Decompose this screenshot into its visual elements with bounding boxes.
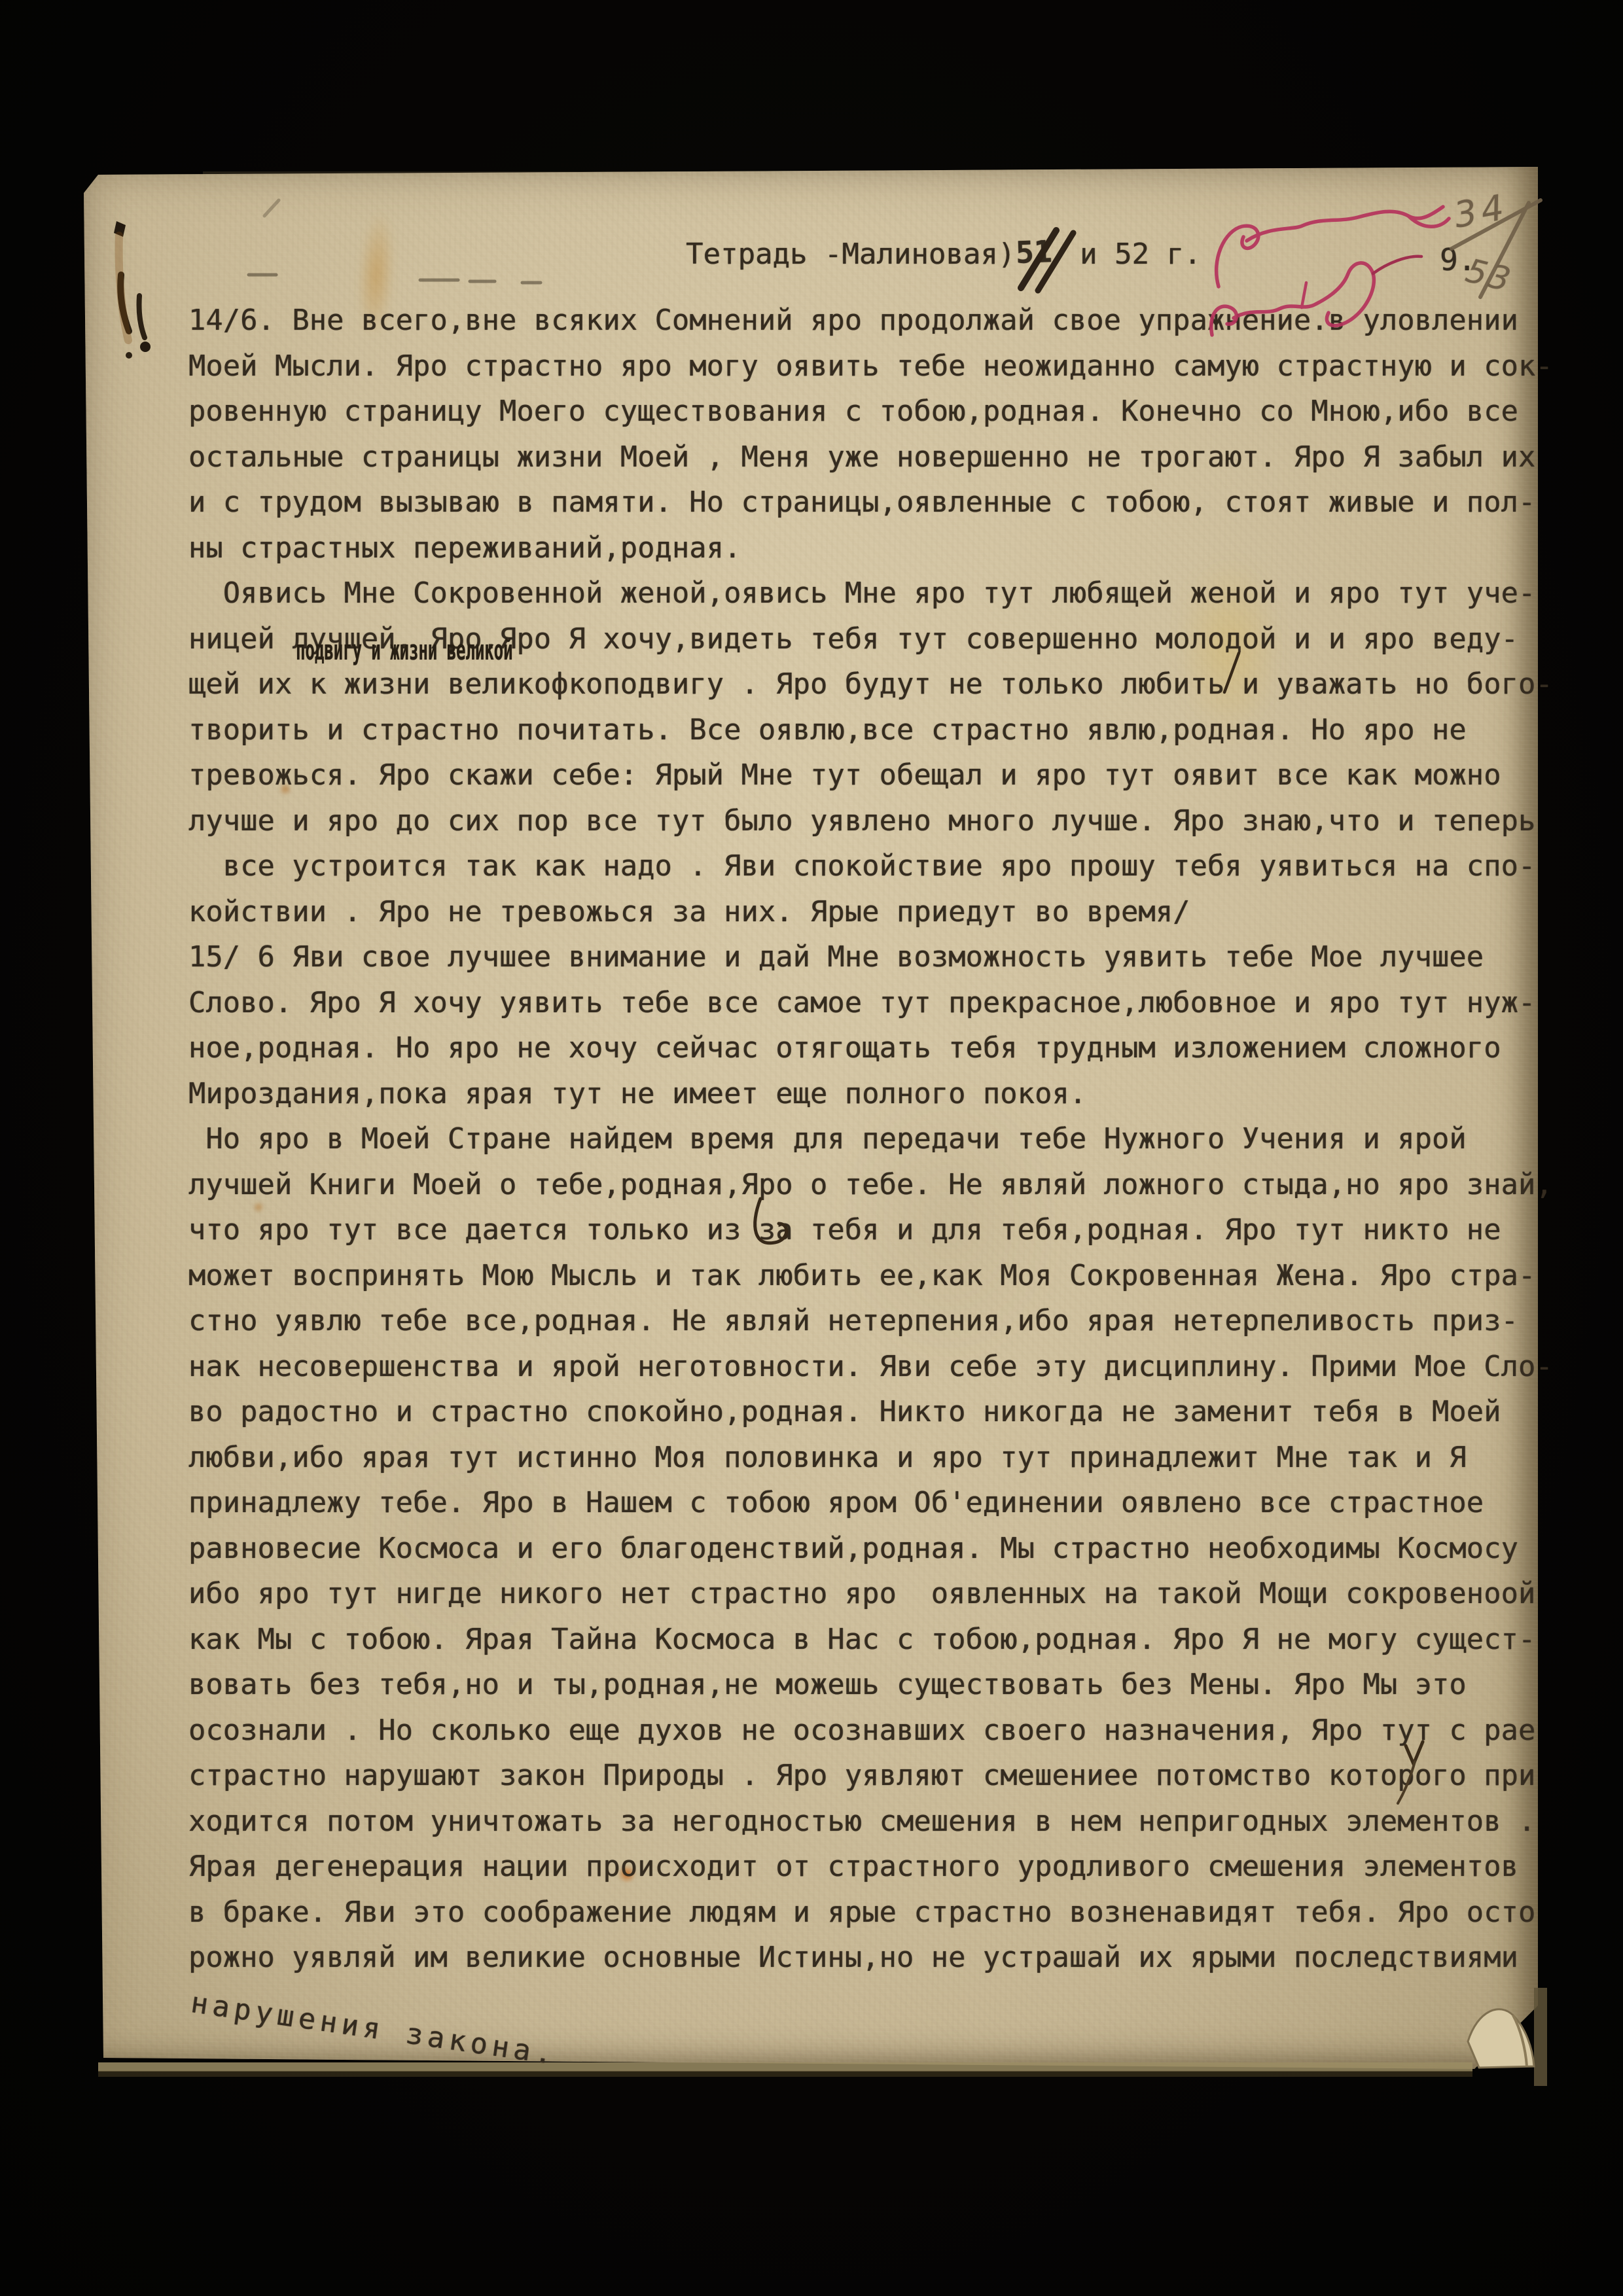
typed-line-28: равновесие Космоса и его благоденствий,р… (188, 1535, 1518, 1564)
typed-line-6: ны страстных переживаний,родная. (188, 535, 741, 563)
notebook-title: Тетрадь -Малиновая) (686, 240, 1015, 269)
typed-line-31: вовать без тебя,но и ты,родная,не можешь… (188, 1671, 1467, 1700)
typed-line-27: принадлежу тебе. Яро в Нашем с тобою яро… (188, 1489, 1484, 1518)
year-label: и 52 г. (1080, 240, 1201, 269)
typed-line-24: нак несовершенства и ярой неготовности. … (188, 1353, 1553, 1382)
pencil-crossed-number: 34 (1452, 189, 1511, 234)
typed-line-13: все устроится так как надо . Яви спокойс… (188, 853, 1535, 881)
typed-line-37: рожно уявляй им великие основные Истины,… (188, 1944, 1518, 1973)
typed-line-29: ибо яро тут нигде никого нет страстно яр… (188, 1580, 1535, 1609)
typed-line-21: что яро тут все дается только из за тебя… (188, 1216, 1501, 1245)
typed-line-14: койствии . Яро не тревожься за них. Ярые… (188, 898, 1190, 927)
typed-line-33: страстно нарушают закон Природы . Яро уя… (188, 1762, 1535, 1791)
struck-number: 51 (1015, 236, 1052, 268)
typed-line-11: тревожься. Яро скажи себе: Ярый Мне тут … (188, 762, 1501, 790)
scan-background: Тетрадь -Малиновая) 51 и 52 г. 9. 34 53 … (0, 0, 1623, 2296)
typed-line-26: любви,ибо ярая тут истинно Моя половинка… (188, 1444, 1467, 1473)
typed-line-18: Мироздания,пока ярая тут не имеет еще по… (188, 1080, 1086, 1109)
typed-line-20: лучшей Книги Моей о тебе,родная,Яро о те… (188, 1171, 1553, 1200)
interline-insertion: подвигу и жизни великой (296, 637, 513, 664)
typed-line-10: творить и страстно почитать. Все оявлю,в… (188, 716, 1467, 745)
typed-line-23: стно уявлю тебе все,родная. Не являй нет… (188, 1307, 1518, 1336)
typed-line-9: щей их к жизни великофкоподвигу . Яро бу… (188, 671, 1553, 699)
typed-line-35: Ярая дегенерация нации происходит от стр… (188, 1853, 1518, 1882)
typed-line-4: остальные страницы жизни Моей , Меня уже… (188, 444, 1535, 472)
typed-line-15: 15/ 6 Яви свое лучшее внимание и дай Мне… (188, 944, 1484, 972)
typed-line-17: ное,родная. Но яро не хочу сейчас отягощ… (188, 1034, 1501, 1063)
typed-line-22: может воспринять Мою Мысль и так любить … (188, 1262, 1535, 1291)
typed-line-16: Слово. Яро Я хочу уявить тебе все самое … (188, 989, 1535, 1018)
diagonal-closing-line: нарушения закона. (189, 1989, 559, 2070)
typed-line-25: во радостно и страстно спокойно,родная. … (188, 1398, 1501, 1427)
typed-line-32: осознали . Но сколько еще духов не осозн… (188, 1717, 1535, 1746)
typed-line-3: ровенную страницу Моего существования с … (188, 398, 1518, 427)
typed-line-36: в браке. Яви это соображение людям и яры… (188, 1899, 1535, 1928)
typed-line-7: Оявись Мне Сокровенной женой,оявись Мне … (188, 580, 1535, 609)
typed-line-34: ходится потом уничтожать за негодностью … (188, 1808, 1535, 1837)
typed-line-12: лучше и яро до сих пор все тут было уявл… (188, 807, 1535, 836)
typed-line-5: и с трудом вызываю в памяти. Но страницы… (188, 489, 1535, 518)
typed-line-30: как Мы с тобою. Ярая Тайна Космоса в Нас… (188, 1626, 1535, 1655)
typed-line-1: 14/6. Вне всего,вне всяких Сомнений яро … (188, 307, 1518, 336)
pencil-page-number: 53 (1463, 254, 1516, 297)
typed-line-2: Моей Мысли. Яро страстно яро могу оявить… (188, 353, 1553, 381)
typed-line-19: Но яро в Моей Стране найдем время для пе… (188, 1125, 1467, 1154)
typed-text-layer: Тетрадь -Малиновая) 51 и 52 г. 9. 34 53 … (0, 0, 1623, 2296)
